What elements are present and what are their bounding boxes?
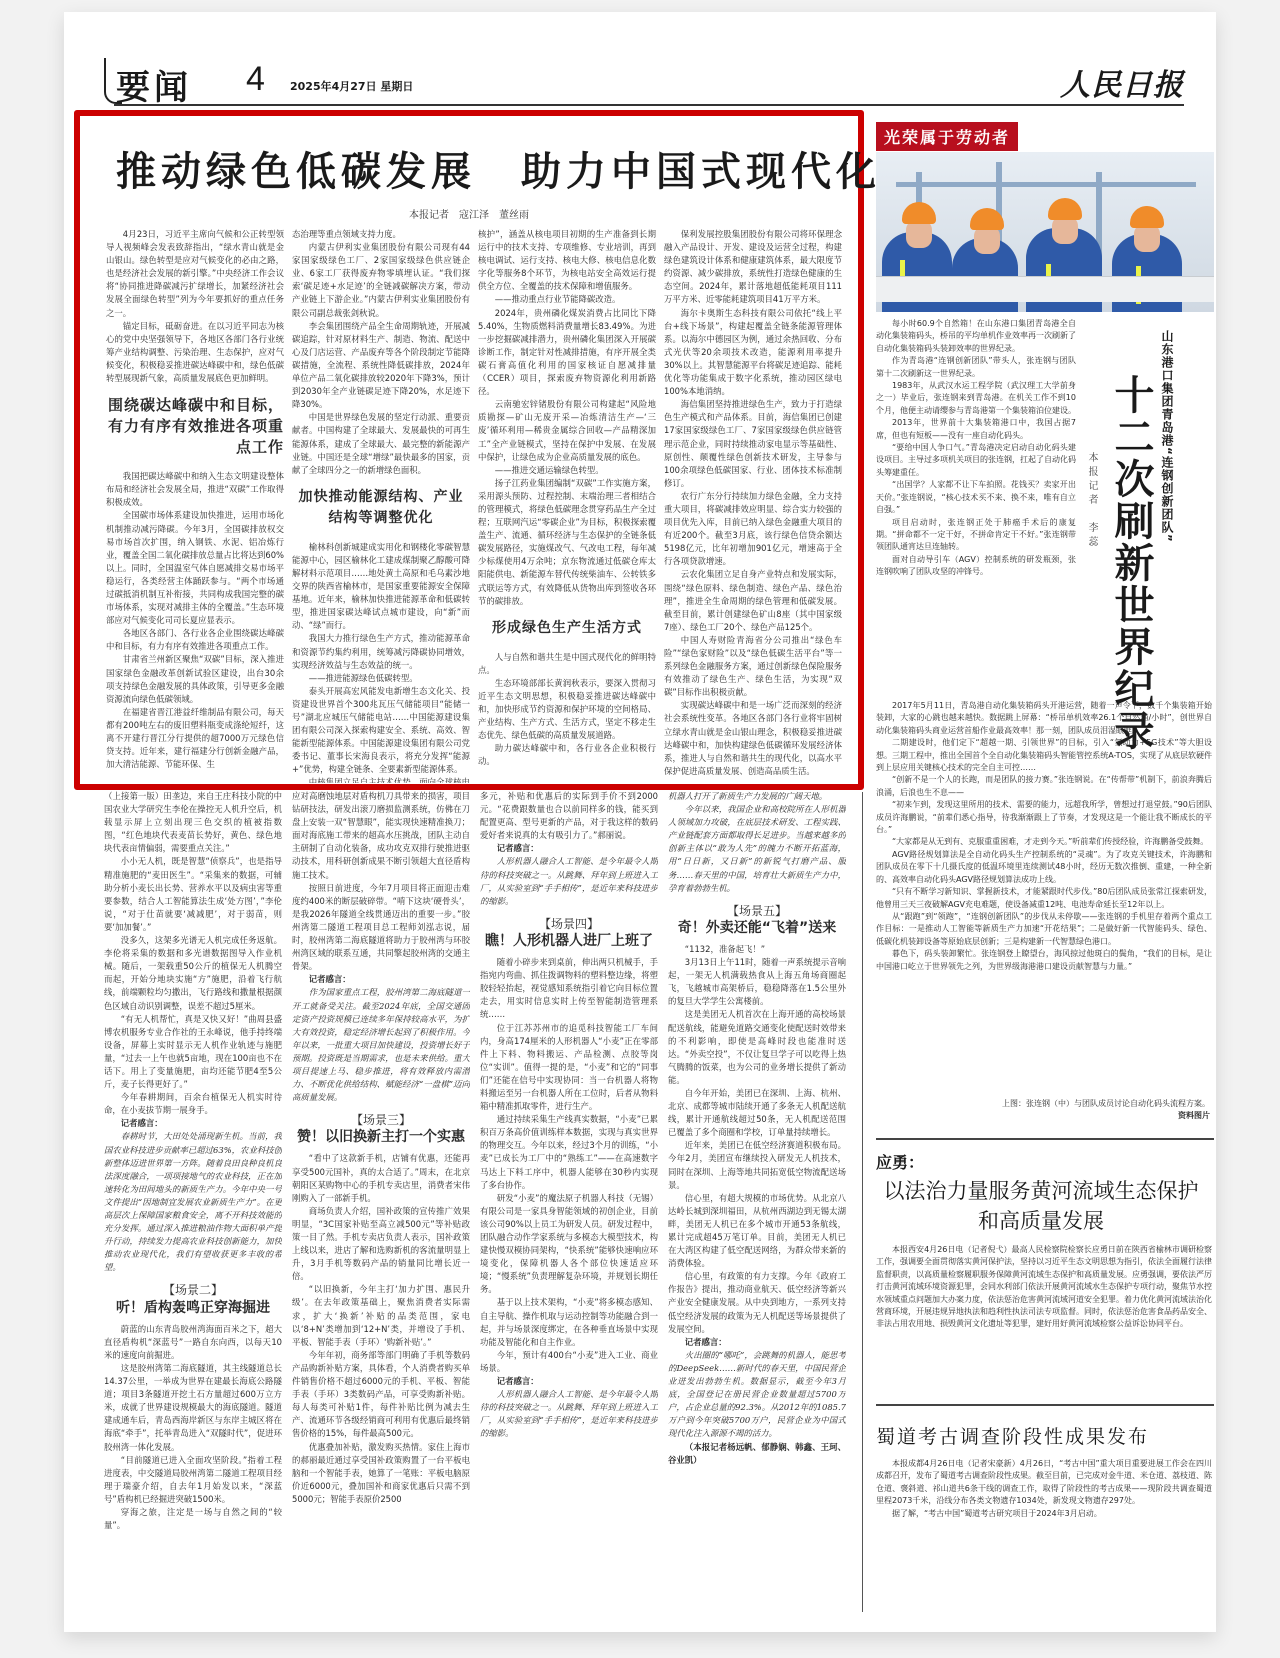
paragraph: “以旧换新，今年主打‘加力扩围、惠民升级’。在去年政策基础上，聚焦消费者实际需求…: [292, 1283, 470, 1348]
paragraph: “目前隧道已进入全面攻坚阶段。”指着工程进度表，中交隧道局胶州湾第二隧道工程项目…: [104, 1454, 282, 1506]
paragraph: 商场负责人介绍，国补政策的宣传推广效果明显，“3C国家补贴至高立减500元”等补…: [292, 1205, 470, 1284]
paragraph: 1983年，从武汉水运工程学院（武汉理工大学前身之一）毕业后，张连钢来到青岛港。…: [876, 380, 1076, 417]
paragraph: “出国学？人家都不让下车拍照。花钱买？卖家开出天价。”张连钢说，“核心技术买不来…: [876, 479, 1076, 516]
paragraph: 云南驰宏锌锗股份有限公司构建起“风险地质勘探—矿山无废开采—冶炼清洁生产—‘三废…: [478, 398, 656, 463]
paragraph: 按照日前进度，今年7月项目将正面迎击难度约400米的断层破碎带。“啃下这块‘硬骨…: [292, 882, 470, 974]
spring-column-1: （上接第一版）田垄边，来自王庄科技小院的中国农业大学研究生李伦在操控无人机升空后…: [104, 790, 282, 1612]
lead-column-3: 核护”，涵盖从核电项目初期的生产准备到长期运行中的技术支持、专项维修、专业培训，…: [478, 228, 656, 783]
lead-story-frame: 推动绿色低碳发展 助力中国式现代化 本报记者 寇江泽 董丝雨 4月23日，习近平…: [74, 110, 864, 790]
paragraph: 多元，补贴和优惠后的实际到手价不到2000元。“花费跟数量也合以前同样多的钱，能…: [480, 790, 658, 842]
scene-title: 奇！外卖还能“飞着”送来: [668, 922, 846, 935]
paragraph: “大家都是从无到有、克服重重困难，才走到今天。”听前辈们传授经验，许海鹏备受鼓舞…: [876, 836, 1212, 848]
paragraph: 这是美团无人机首次在上海开通的高校场景配送航线，能避免道路交通变化使配送时效带来…: [668, 1008, 846, 1087]
paragraph: 中国人寿财险青海省分公司推出“绿色车险”“绿色家财险”以及“绿色低碳生活平台”等…: [664, 634, 842, 699]
page-number: 4: [246, 60, 265, 99]
paragraph: 蔚蓝的山东青岛胶州湾海面百米之下，超大直径盾构机“深蓝号”一路自东向西，以每天1…: [104, 1323, 282, 1362]
paragraph: 中核集团立足自主技术优势，面向全球核电客户，推出中国核电技术服务品牌“八方: [292, 776, 470, 783]
reporter-note-label: 记者感言：: [104, 1117, 282, 1130]
reporter-credit: （本报记者杨远帆、郁静娴、韩鑫、王珂、谷业凯）: [668, 1441, 846, 1467]
lead-column-2: 态治理等重点领域支持力度。 内蒙古伊利实业集团股份有限公司现有44家国家级绿色工…: [292, 228, 470, 783]
photo-caption: 上图：张连钢（中）与团队成员讨论自动化码头流程方案。 资料图片: [884, 1098, 1210, 1126]
paragraph: 穿海之旅，注定是一场与自然之间的“较量”。: [104, 1506, 282, 1532]
paragraph: 二期建设时，他们定下“超越一期、引领世界”的目标，引入“氢动力+5G技术”等大胆…: [876, 737, 1212, 774]
scene-label: 【场景四】: [480, 918, 658, 931]
paragraph: 2024年，贵州磷化煤炭消费占比同比下降5.40%，生物质燃料消费量增长83.4…: [478, 307, 656, 399]
paragraph: 海信集团坚持推进绿色生产，致力于打造绿色生产模式和产品体系。目前，海信集团已创建…: [664, 398, 842, 490]
paragraph: 基于以上技术架构，“小麦”将多模态感知、自主导航、操作机取与运动控制等功能融合到…: [480, 1296, 658, 1348]
paragraph: “1132，准备起飞！”: [668, 943, 846, 956]
paragraph: 锚定目标，砥砺奋进。在以习近平同志为核心的党中央坚强领导下，各地区各部门各行业统…: [106, 320, 284, 385]
paragraph: 研发“小麦”的魔法原子机器人科技（无锡）有限公司是一家具身智能领域的初创企业，目…: [480, 1192, 658, 1297]
lead-subhead-3: 形成绿色生产生活方式: [478, 618, 656, 639]
paragraph: 通过持续采集生产线真实数据，“小麦”已累积百万条高价值训练样本数据，实现与真实世…: [480, 1113, 658, 1192]
hardhat-icon: [902, 202, 936, 224]
paragraph: “有无人机帮忙，真是又快又好！”曲周县盛博农机服务专业合作社的王永峰说，他手持终…: [104, 1013, 282, 1092]
paragraph: 自今年开始，美团已在深圳、上海、杭州、北京、成都等城市陆续开通了多条无人机配送航…: [668, 1087, 846, 1139]
reporter-note: 人形机器人融合人工智能、是今年最令人期待的科技突破之一。从跳舞、拜年到上班进入工…: [480, 855, 658, 907]
paragraph: 每小时60.9个自然箱！在山东港口集团青岛港全自动化集装箱码头，桥吊的平均单机作…: [876, 318, 1076, 355]
river-kicker: 应勇：: [876, 1150, 924, 1173]
profile-title: 十二次刷新世界纪录: [1104, 374, 1152, 752]
paragraph: 这是胶州湾第二海底隧道，其主线隧道总长14.37公里，一举成为世界在建最长海底公…: [104, 1362, 282, 1454]
scene-label: 【场景二】: [104, 1284, 282, 1297]
reporter-note: 作为国家重点工程，胶州湾第二海底隧道一开工就备受关注。截至2024年底，全国交通…: [292, 986, 470, 1104]
paragraph: 没多久，这架多光谱无人机完成任务返航。李伦将采集的数据和多光谱数据图导入作业机械…: [104, 934, 282, 1013]
paragraph: 态治理等重点领域支持力度。: [292, 228, 470, 241]
paragraph: 本报成都4月26日电（记者宋豪新）4月26日，“考古中国”重大项目重要进展工作会…: [876, 1458, 1212, 1508]
paragraph: 中国是世界绿色发展的坚定行动派、重要贡献者。中国构建了全球最大、发展最快的可再生…: [292, 411, 470, 476]
spring-column-4: 机器人打开了新质生产力发展的广阔天地。 今年以来，我国企业和高校院所在人形机器人…: [668, 790, 846, 1612]
section-rule: [876, 1138, 1214, 1140]
paragraph: 农行广东分行持续加力绿色金融，全力支持重大项目，将碳减排效应明显、综合实力较强的…: [664, 490, 842, 569]
paragraph: 应对高磨蚀地层对盾构机刀具带来的损害，项目钻研技法，研发出滚刀磨损监测系统，仿佛…: [292, 790, 470, 882]
reporter-note-label: 记者感言：: [480, 842, 658, 855]
worker-face: [906, 220, 932, 248]
river-title: 以法治力量服务黄河流域生态保护和高质量发展: [876, 1176, 1206, 1236]
reporter-note-label: 记者感言：: [292, 973, 470, 986]
paragraph: 扬子江药业集团编制“双碳”工作实施方案，采用源头预防、过程控制、末端治理三者相结…: [478, 477, 656, 608]
paragraph: 助力碳达峰碳中和，各行业各企业积极行动。: [478, 742, 656, 768]
paragraph: 生态环境部部长黄润秋表示，要深入贯彻习近平生态文明思想，积极稳妥推进碳达峰碳中和…: [478, 677, 656, 742]
spring-column-2: 应对高磨蚀地层对盾构机刀具带来的损害，项目钻研技法，研发出滚刀磨损监测系统，仿佛…: [292, 790, 470, 1612]
caption-credit: 资料图片: [884, 1110, 1210, 1122]
reporter-note: 火出圈的“哪吒”，会跳舞的机器人，能思考的DeepSeek……新时代的春天里，中…: [668, 1349, 846, 1441]
worker-face: [1134, 224, 1160, 252]
newspaper-logo: 人民日报: [1060, 60, 1184, 104]
scene-title: 赞！以旧换新主打一个实惠: [292, 1131, 470, 1144]
issue-date: 2025年4月27日 星期日: [290, 78, 413, 94]
paragraph: 内蒙古伊利实业集团股份有限公司现有44家国家级绿色工厂、2家国家级绿色供应链企业…: [292, 241, 470, 320]
paragraph: “只有不断学习新知识、掌握新技术，才能紧跟时代步伐。”80后团队成员张常江探索研…: [876, 886, 1212, 911]
spring-column-3: 多元，补贴和优惠后的实际到手价不到2000元。“花费跟数量也合以前同样多的钱，能…: [480, 790, 658, 1612]
paragraph: 全国碳市场体系建设加快推进，运用市场化机制推动减污降碳。今年3月，全国碳排放权交…: [106, 509, 284, 627]
paragraph: 本报西安4月26日电（记者倪弋）最高人民检察院检察长应勇日前在陕西省榆林市调研检…: [876, 1244, 1212, 1331]
profile-byline: 本报记者 李蕊: [1084, 452, 1099, 550]
lead-subhead-1: 围绕碳达峰碳中和目标，有力有序有效推进各项重点工作: [106, 395, 284, 458]
scene-label: 【场景三】: [292, 1114, 470, 1127]
paragraph: 今年年初，商务部等部门明确了手机等数码产品购新补贴方案，具体看，个人消费者购买单…: [292, 1349, 470, 1441]
paragraph: 今年，预计有400台“小麦”进入工业、商业场景。: [480, 1349, 658, 1375]
paragraph: “创新不是一个人的长跑，而是团队的接力赛。”张连钢说。在“传帮带”机制下，前浪奔…: [876, 774, 1212, 799]
paragraph: 从“跟跑”到“领跑”，“连钢创新团队”的步伐从未停歇——张连钢的手机里存着两个重…: [876, 911, 1212, 948]
reporter-note-label: 记者感言：: [480, 1375, 658, 1388]
paragraph: 暮色下，码头装卸繁忙。张连钢登上瞭望台，海风掠过他斑白的鬓角，“我们的目标，是让…: [876, 948, 1212, 973]
reporter-note: 春耕时节，大田处处涌现新生机。当前，我国农业科技进步贡献率已超过63%，农业科技…: [104, 1130, 282, 1274]
paragraph: ——推动重点行业节能降碳改造。: [478, 293, 656, 306]
paragraph: 近年来，美团已在低空经济赛道积极布局。今年2月，美团宣布继续投入研发无人机技术，…: [668, 1139, 846, 1191]
paragraph: （上接第一版）田垄边，来自王庄科技小院的中国农业大学研究生李伦在操控无人机升空后…: [104, 790, 282, 855]
section-rule: [876, 1404, 1214, 1406]
paragraph: 4月23日，习近平主席向气候和公正转型领导人视频峰会发表致辞指出，“绿水青山就是…: [106, 228, 284, 320]
paragraph: 人与自然和谐共生是中国式现代化的鲜明特点。: [478, 651, 656, 677]
section-banner: 光荣属于劳动者: [876, 122, 1018, 151]
paragraph: 海尔卡奥斯生态科技有限公司依托“线上平台+线下场景”，构建起覆盖全链条能源管理体…: [664, 307, 842, 399]
paragraph: 我国把碳达峰碳中和纳入生态文明建设整体布局和经济社会发展全局，推进“双碳”工作取…: [106, 470, 284, 509]
paragraph: 各地区各部门、各行业各企业围绕碳达峰碳中和目标，有力有序有效推进各项重点工作。: [106, 627, 284, 653]
paragraph: 项目启动时，张连钢正处于肺癌手术后的康复期。“拼命都不一定干好，不拼命肯定干不好…: [876, 517, 1076, 554]
paragraph: “初来乍到，发现这里所用的技术、需要的能力，远超我所学，曾想过打退堂鼓。”90后…: [876, 799, 1212, 836]
lead-headline: 推动绿色低碳发展 助力中国式现代化: [116, 140, 846, 197]
blueprint-sheet: [876, 276, 1214, 302]
paragraph: 今年春耕期间，百余台植保无人机实时待命，在小麦拔节期一展身手。: [104, 1091, 282, 1117]
paragraph: 小小无人机，既是智慧“侦察兵”，也是指导精准施肥的“麦田医生”。“采集来的数据，…: [104, 855, 282, 934]
crane-beam: [896, 182, 1196, 187]
hardhat-icon: [1130, 206, 1164, 228]
river-body: 本报西安4月26日电（记者倪弋）最高人民检察院检察长应勇日前在陕西省榆林市调研检…: [876, 1244, 1212, 1390]
reporter-note-label: 记者感言：: [668, 1336, 846, 1349]
paragraph: 作为青岛港“连钢创新团队”带头人，张连钢与团队第十二次刷新这一世界纪录。: [876, 355, 1076, 380]
paragraph: 榆林科创新城建成实用化和钢楼化零碳智慧能源中心，园区榆林化工建成煤制聚乙醇酸可降…: [292, 541, 470, 633]
paragraph: ——推进交通运输绿色转型。: [478, 464, 656, 477]
paragraph: 甘肃省兰州新区聚焦“双碳”目标，深入推进国家绿色金融改革创新试验区建设，出台30…: [106, 653, 284, 705]
paragraph: 2013年，世界前十大集装箱港口中，我国占据7席，但也有短板——没有一座自动化码…: [876, 417, 1076, 442]
scene-title: 听！盾构轰鸣正穿海掘进: [104, 1302, 282, 1315]
paragraph: 据了解，“考古中国”蜀道考古研究项目于2024年3月启动。: [876, 1508, 1212, 1520]
paragraph: 核护”，涵盖从核电项目初期的生产准备到长期运行中的技术支持、专项维修、专业培训，…: [478, 228, 656, 293]
paragraph: 随着小碎步来到桌前，伸出两只机械手，手指宛内弯曲、抓住拨调物料的塑料整边缘，将塑…: [480, 956, 658, 1021]
profile-body-narrow: 每小时60.9个自然箱！在山东港口集团青岛港全自动化集装箱码头，桥吊的平均单机作…: [876, 318, 1076, 698]
scene-title: 瞧！人形机器人进厂上班了: [480, 935, 658, 948]
worker-face: [1052, 216, 1078, 244]
paragraph: 我国大力推行绿色生产方式，推动能源革命和资源节约集约利用，统筹减污降碳协同增效，…: [292, 632, 470, 671]
paragraph: 李会集团围绕产品全生命周期轨迹，开展减碳追踪，针对原材料生产、制造、物流、配送中…: [292, 320, 470, 412]
paragraph: 面对自动导引车（AGV）控制系统的研发瓶颈，张连钢吹响了团队攻坚的冲锋号。: [876, 554, 1076, 579]
paragraph: 位于江苏苏州市的追觅科技智能工厂车间内，身高174厘米的人形机器人“小麦”正在零…: [480, 1022, 658, 1114]
shudao-title: 蜀道考古调查阶段性成果发布: [876, 1422, 1149, 1449]
paragraph: 云农化集团立足自身产业特点和发展实际，围绕“绿色原料、绿色制造、绿色产品、绿色治…: [664, 568, 842, 633]
paragraph: ——推进能源绿色低碳转型。: [292, 672, 470, 685]
masthead: 要闻 4 2025年4月27日 星期日 人民日报: [104, 52, 1184, 108]
paragraph: 信心里，有政策的有力支撑。今年《政府工作报告》提出，推动商业航天、低空经济等新兴…: [668, 1270, 846, 1335]
reporter-note: 人形机器人融合人工智能、是今年最令人期待的科技突破之一。从跳舞、拜年到上班进入工…: [480, 1388, 658, 1440]
hardhat-icon: [1048, 198, 1082, 220]
lead-subhead-2: 加快推动能源结构、产业结构等调整优化: [292, 487, 470, 529]
lead-column-1: 4月23日，习近平主席向气候和公正转型领导人视频峰会发表致辞指出，“绿水青山就是…: [106, 228, 284, 783]
paragraph: 2017年5月11日，青岛港自动化集装箱码头开港运营，随着一声令下，数千个集装箱…: [876, 700, 1212, 737]
paragraph: “要给中国人争口气。”青岛港决定启动自动化码头建设项目。主导过多项机关项目的张连…: [876, 442, 1076, 479]
worker-face: [974, 226, 1000, 254]
scene-label: 【场景五】: [668, 905, 846, 918]
paragraph: 3月13日上午11时，随着一声系统提示音响起，一架无人机满载热食从上海五角场商圈…: [668, 956, 846, 1008]
masthead-rule: [114, 104, 1184, 106]
paragraph: 优惠叠加补贴，激发购买热情。家住上海市的郝丽最近通过享受国补政策购置了一台平板电…: [292, 1441, 470, 1506]
section-name: 要闻: [116, 60, 192, 109]
lead-byline: 本报记者 寇江泽 董丝雨: [80, 206, 858, 221]
profile-kicker: 山东港口集团青岛港“连钢创新团队”: [1154, 330, 1174, 543]
paragraph: 泰头开展高宏风能发电新增生态文化关、投资建设世界首个300兆瓦压气储能项目“能储…: [292, 685, 470, 777]
reporter-note: 今年以来，我国企业和高校院所在人形机器人领域加力攻破，在底层技术研发、工程实践、…: [668, 803, 846, 895]
newspaper-page: 要闻 4 2025年4月27日 星期日 人民日报 推动绿色低碳发展 助力中国式现…: [64, 12, 1216, 1632]
paragraph: 在福建省晋江港益纤维制品有限公司，每天都有200吨左右的废旧塑料瓶变成涤纶短纤，…: [106, 706, 284, 771]
paragraph: 信心里，有超大规模的市场优势。从北京八达岭长城到深圳福田，从杭州西湖边到无锡太湖…: [668, 1192, 846, 1271]
shudao-body: 本报成都4月26日电（记者宋豪新）4月26日，“考古中国”重大项目重要进展工作会…: [876, 1458, 1212, 1568]
profile-body-wide: 2017年5月11日，青岛港自动化集装箱码头开港运营，随着一声令下，数千个集装箱…: [876, 700, 1212, 1098]
lead-column-4: 保利发展控股集团股份有限公司将环保理念融入产品设计、开发、建设及运营全过程，构建…: [664, 228, 842, 783]
paragraph: 实现碳达峰碳中和是一场广泛而深刻的经济社会系统性变革。各地区各部门各行业将牢固树…: [664, 699, 842, 778]
paragraph: AGV路径规划算法是全自动化码头生产控制系统的“灵魂”。为了攻克关键技术，许海鹏…: [876, 849, 1212, 886]
paragraph: “看中了这款新手机，店铺有优惠，还能再享受500元国补，真的太合适了。”周末，在…: [292, 1152, 470, 1204]
column-divider: [862, 792, 863, 1612]
caption-text: 上图：张连钢（中）与团队成员讨论自动化码头流程方案。: [884, 1098, 1210, 1110]
workers-photo: [876, 152, 1214, 312]
paragraph: 保利发展控股集团股份有限公司将环保理念融入产品设计、开发、建设及运营全过程，构建…: [664, 228, 842, 307]
paragraph: 机器人打开了新质生产力发展的广阔天地。: [668, 790, 846, 803]
